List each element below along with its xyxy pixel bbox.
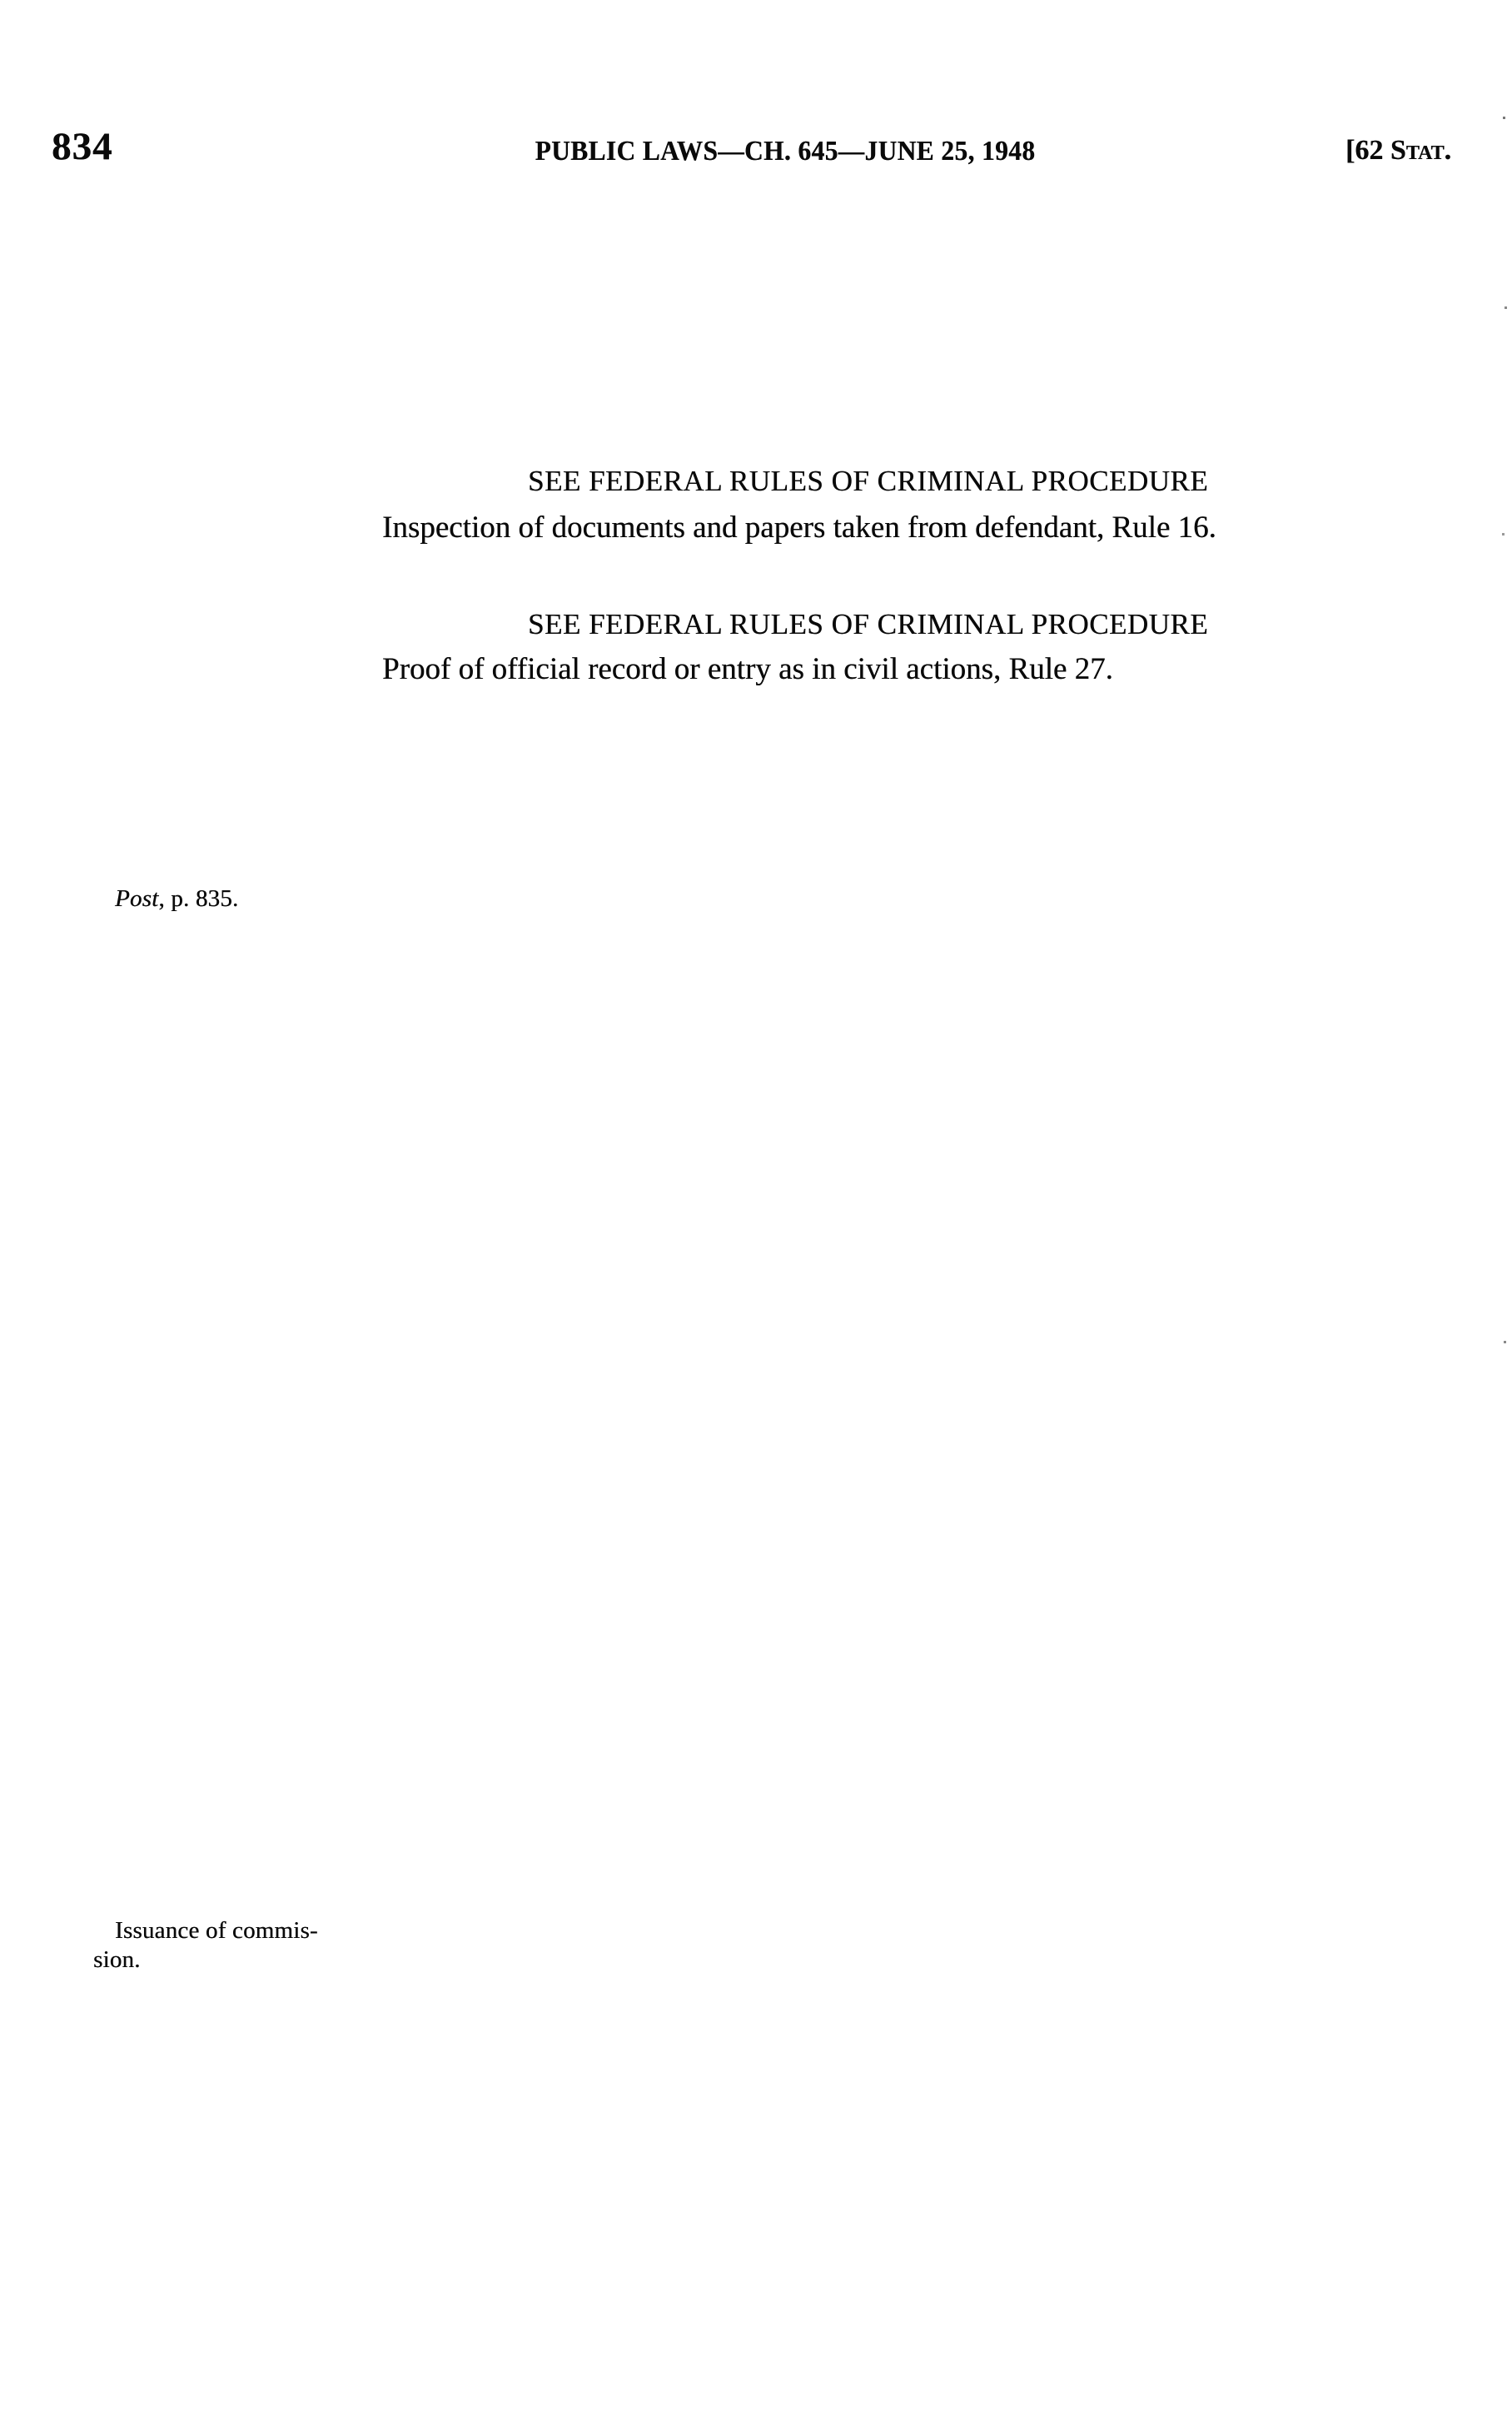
margin-note-issuance: Issuance of commis-sion. [93,1916,343,1975]
stat-volume-citation: [62 Stat. [1345,136,1451,166]
page-number: 834 [52,127,113,167]
margin-note-post: Post, p. 835. [93,884,343,914]
scan-speck-artifacts [1503,117,1505,119]
section-3490-crossref: SEE FEDERAL RULES OF CRIMINAL PROCEDURE [331,610,1485,640]
margin-note-post-italic: Post [115,885,158,912]
running-header-title: PUBLIC LAWS—CH. 645—JUNE 25, 1948 [535,137,1036,167]
section-3489-crossref: SEE FEDERAL RULES OF CRIMINAL PROCEDURE [331,466,1485,496]
section-3490-rule-note: Proof of official record or entry as in … [331,653,1485,686]
section-3489-rule-note: Inspection of documents and papers taken… [331,511,1485,545]
margin-note-post-rest: , p. 835. [158,885,238,912]
margin-note-post-line: Post, p. 835. [93,884,343,914]
statute-page: 834 PUBLIC LAWS—CH. 645—JUNE 25, 1948 [6… [0,0,1512,2421]
